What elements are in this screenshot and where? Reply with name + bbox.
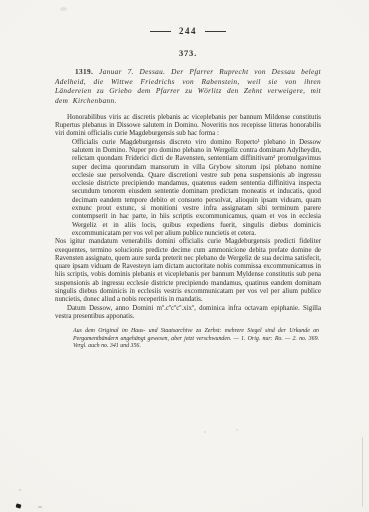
scan-speck	[38, 506, 42, 508]
regest: 1319. Januar 7. Dessau. Der Pfarrer Rupr…	[55, 67, 321, 106]
quoted-letter: Officialis curie Magdeburgensis discreto…	[72, 139, 321, 239]
regest-year: 1319.	[75, 67, 93, 76]
scan-speck	[19, 489, 21, 491]
page-number: 244	[179, 26, 197, 36]
text-column: 244 373. 1319. Januar 7. Dessau. Der Pfa…	[55, 26, 321, 356]
scan-smudge	[60, 7, 67, 11]
page-header: 244	[55, 26, 321, 36]
scanned-page: 244 373. 1319. Januar 7. Dessau. Der Pfa…	[0, 0, 369, 512]
body-paragraph-opening: Honorabilibus viris ac discretis plebani…	[55, 114, 321, 139]
regest-text: Der Pfarrer Ruprecht von Dessau belegt A…	[55, 67, 321, 105]
page-number-rule-right	[205, 31, 226, 33]
body-paragraph-closing: Nos igitur mandatum venerabilis domini o…	[55, 238, 321, 304]
scan-speck	[236, 429, 238, 431]
datum-line: Datum Dessow, anno Domini mº.cºcºcº.xixº…	[55, 305, 321, 322]
scan-edge-line	[362, 437, 363, 507]
scan-speck	[204, 431, 206, 433]
entry-number: 373.	[55, 48, 321, 58]
footnote: Aus dem Original im Haus- und Staatsarch…	[73, 328, 319, 350]
page-number-rule-left	[150, 31, 171, 33]
regest-dateplace: Januar 7. Dessau.	[99, 67, 165, 76]
scan-speck	[16, 503, 22, 508]
